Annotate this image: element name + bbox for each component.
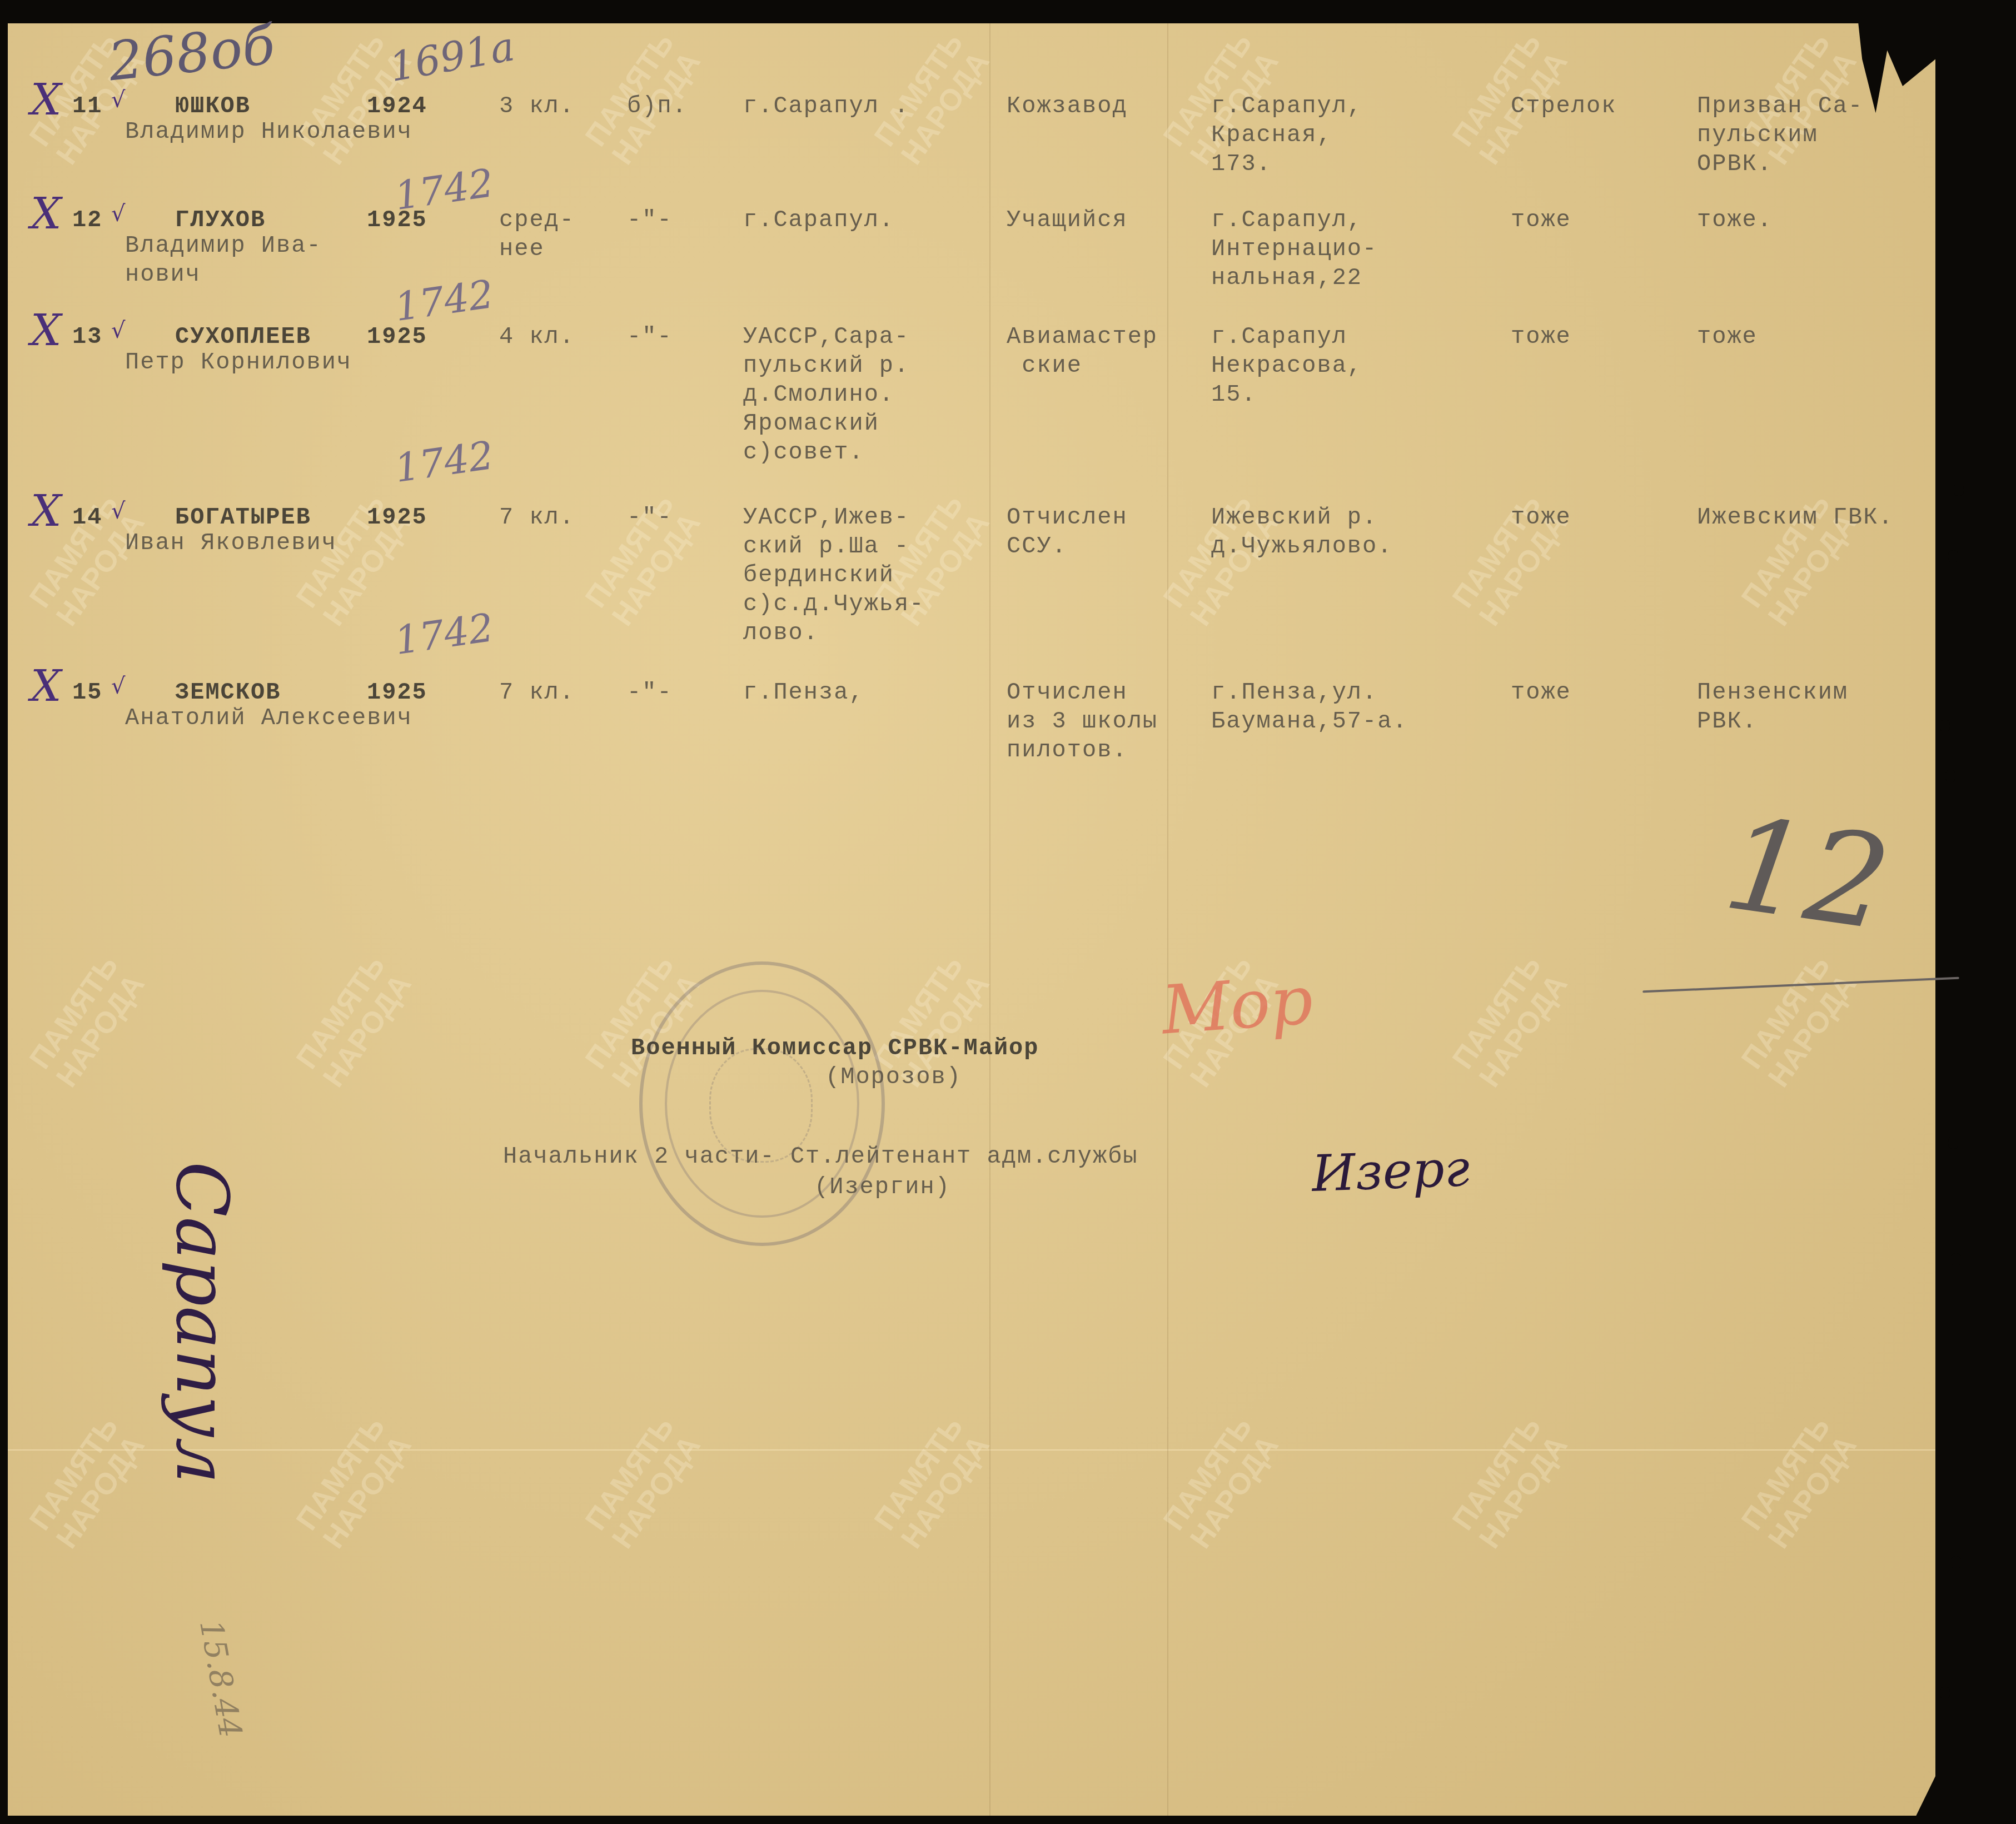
punch-hole: [1954, 484, 1964, 496]
home-address: г.Сарапул,: [1211, 206, 1362, 235]
home-address: 15.: [1211, 380, 1257, 409]
occupation: Авиамастер: [1007, 322, 1158, 351]
chief-name: (Изергин): [814, 1173, 950, 1202]
punch-hole: [1940, 1687, 1950, 1699]
check-mark: √: [111, 318, 126, 343]
birthplace: д.Смолино.: [743, 380, 894, 409]
paper-crease: [1167, 23, 1168, 1816]
occupation: Учащийся: [1007, 206, 1128, 235]
surname: ЗЕМСКОВ: [175, 678, 281, 707]
occupation: Отчислен: [1007, 503, 1128, 532]
party-membership: -"-: [627, 503, 673, 532]
drafted-by: Ижевским ГВК.: [1697, 503, 1894, 532]
birthplace: с)с.д.Чужья-: [743, 590, 924, 619]
vertical-city-note: Сарапул: [160, 1162, 245, 1484]
strike-cross-mark: Х: [31, 189, 62, 239]
home-address: д.Чужьялово.: [1211, 532, 1392, 561]
party-membership: б)п.: [627, 92, 688, 121]
punch-hole: [1951, 1556, 1961, 1568]
check-mark: √: [111, 674, 126, 699]
party-membership: -"-: [627, 322, 673, 351]
check-mark: √: [111, 87, 126, 113]
drafted-by: Призван Са-: [1697, 92, 1863, 121]
occupation: Отчислен: [1007, 678, 1128, 707]
commissar-name: (Морозов): [825, 1063, 962, 1092]
official-seal-stamp: [639, 961, 885, 1246]
birthplace: УАССР,Ижев-: [743, 503, 909, 532]
military-rank: тоже: [1511, 503, 1571, 532]
home-address: Интернацио-: [1211, 235, 1377, 263]
page-number-pencil: 12: [1716, 790, 1898, 959]
given-names: Иван Яковлевич: [125, 529, 337, 557]
paper-crease: [989, 23, 990, 1816]
home-address: Баумана,57-а.: [1211, 707, 1408, 736]
birthplace: УАССР,Сара-: [743, 322, 909, 351]
drafted-by: РВК.: [1697, 707, 1758, 736]
surname: ЮШКОВ: [175, 92, 251, 121]
home-address: Ижевский р.: [1211, 503, 1377, 532]
birthplace: г.Пенза,: [743, 678, 864, 707]
punch-hole: [1948, 1137, 1958, 1149]
drafted-by: пульским: [1697, 121, 1818, 149]
surname: БОГАТЫРЕВ: [175, 503, 311, 532]
strike-cross-mark: Х: [31, 306, 62, 356]
occupation: ССУ.: [1007, 532, 1067, 561]
strike-cross-mark: Х: [31, 486, 62, 536]
paper-fold: [8, 1449, 1935, 1451]
military-rank: Стрелок: [1511, 92, 1616, 121]
home-address: нальная,22: [1211, 263, 1362, 292]
document-paper: [8, 23, 1935, 1816]
check-mark: √: [111, 201, 126, 227]
birth-year: 1924: [367, 92, 427, 121]
birthplace: г.Сарапул .: [743, 92, 909, 121]
drafted-by: Пензенским: [1697, 678, 1848, 707]
occupation: ские: [1007, 351, 1082, 380]
home-address: 173.: [1211, 149, 1272, 178]
birthplace: бердинский: [743, 561, 894, 590]
given-names: Петр Корнилович: [125, 348, 352, 377]
military-rank: тоже: [1511, 206, 1571, 235]
occupation: из 3 школы: [1007, 707, 1158, 736]
birthplace: Яромаский: [743, 409, 879, 438]
surname: ГЛУХОВ: [175, 206, 266, 235]
given-names: нович: [125, 260, 201, 289]
military-rank: тоже: [1511, 322, 1571, 351]
education: нее: [499, 235, 545, 263]
party-membership: -"-: [627, 678, 673, 707]
drafted-by: ОРВК.: [1697, 149, 1773, 178]
education: 3 кл.: [499, 92, 575, 121]
occupation: Кожзавод: [1007, 92, 1128, 121]
punch-hole: [1951, 1253, 1961, 1265]
home-address: г.Сарапул,: [1211, 92, 1362, 121]
row-number: 11: [72, 92, 102, 121]
birth-year: 1925: [367, 678, 427, 707]
drafted-by: тоже.: [1697, 206, 1773, 235]
row-number: 15: [72, 678, 102, 707]
check-mark: √: [111, 499, 126, 524]
education: 7 кл.: [499, 678, 575, 707]
education: 7 кл.: [499, 503, 575, 532]
birthplace: г.Сарапул.: [743, 206, 894, 235]
commissar-title: Военный Комиссар СРВК-Майор: [631, 1034, 1039, 1063]
occupation: пилотов.: [1007, 736, 1128, 765]
given-names: Владимир Ива-: [125, 231, 322, 260]
ink-signature: Изерг: [1311, 1139, 1470, 1203]
home-address: Некрасова,: [1211, 351, 1362, 380]
chief-title: Начальник 2 части- Ст.лейтенант адм.служ…: [503, 1142, 1138, 1171]
home-address: Красная,: [1211, 121, 1332, 149]
home-address: г.Пенза,ул.: [1211, 678, 1377, 707]
punch-hole: [1940, 720, 1950, 732]
strike-cross-mark: Х: [31, 661, 62, 711]
birth-year: 1925: [367, 503, 427, 532]
given-names: Владимир Николаевич: [125, 117, 412, 146]
row-number: 14: [72, 503, 102, 532]
given-names: Анатолий Алексеевич: [125, 704, 412, 732]
birthplace: лово.: [743, 619, 819, 647]
education: сред-: [499, 206, 575, 235]
birthplace: пульский р.: [743, 351, 909, 380]
punch-hole: [1945, 770, 1955, 782]
birthplace: с)совет.: [743, 438, 864, 467]
surname: СУХОПЛЕЕВ: [175, 322, 311, 351]
punch-hole: [1948, 550, 1958, 562]
row-number: 12: [72, 206, 102, 235]
education: 4 кл.: [499, 322, 575, 351]
home-address: г.Сарапул: [1211, 322, 1347, 351]
drafted-by: тоже: [1697, 322, 1758, 351]
red-pencil-signature: Мор: [1159, 962, 1315, 1050]
party-membership: -"-: [627, 206, 673, 235]
birthplace: ский р.Ша -: [743, 532, 909, 561]
military-rank: тоже: [1511, 678, 1571, 707]
strike-cross-mark: Х: [31, 75, 62, 125]
row-number: 13: [72, 322, 102, 351]
